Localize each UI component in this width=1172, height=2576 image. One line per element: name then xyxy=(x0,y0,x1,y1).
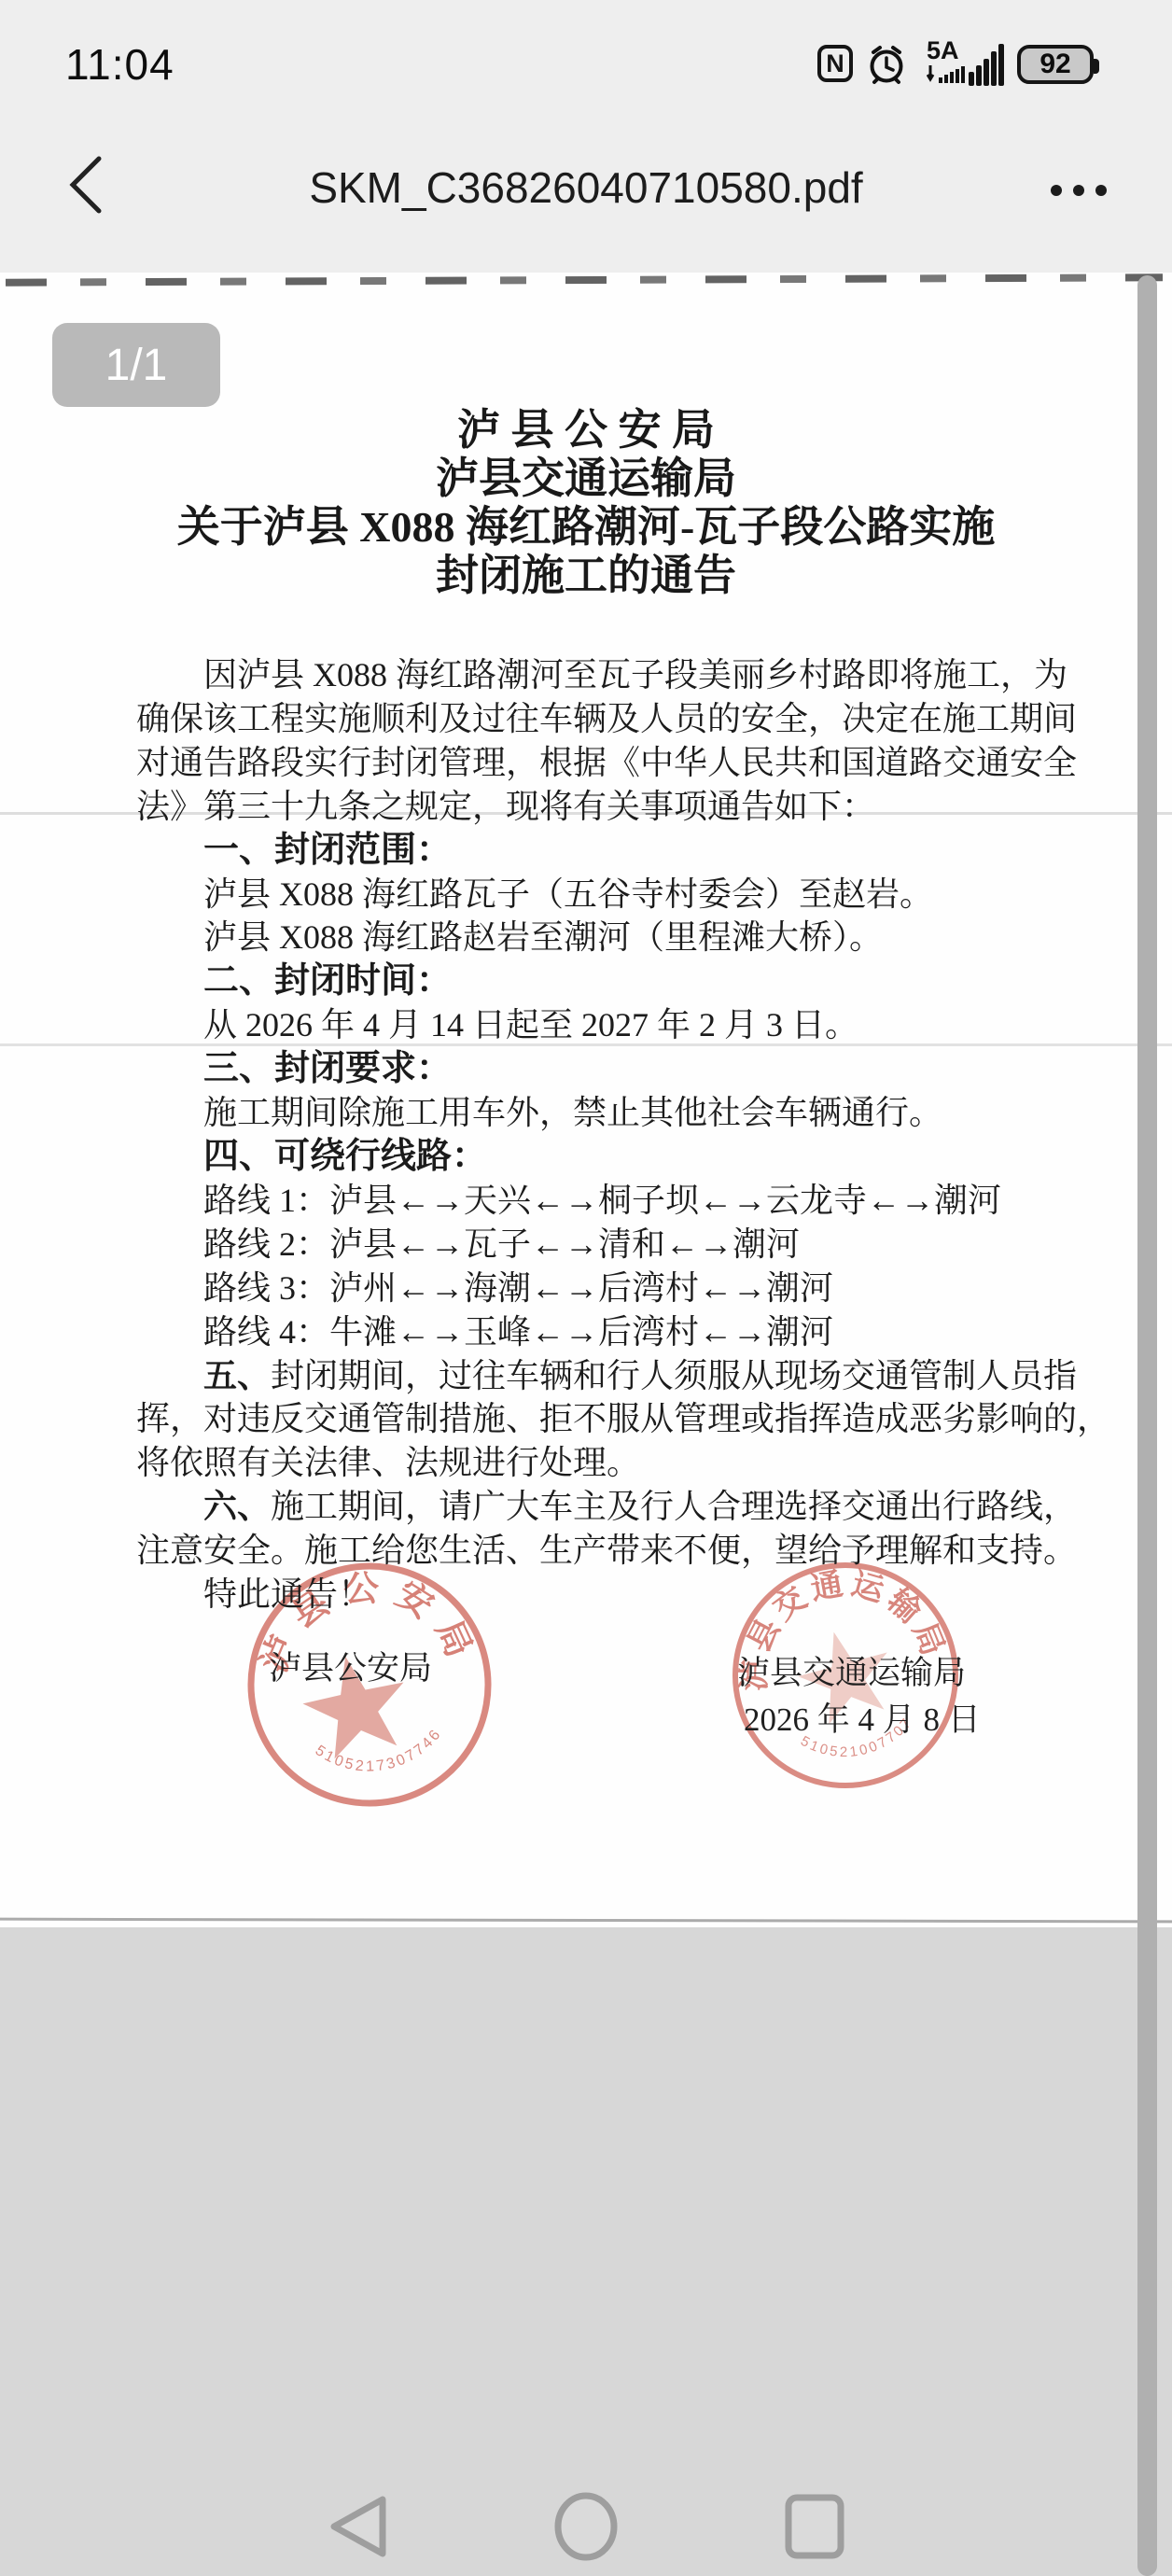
body-line: 路线 3：泸州←→海潮←→后湾村←→潮河 xyxy=(136,1267,1073,1310)
body-line: 将依照有关法律、法规进行处理。 xyxy=(136,1441,1073,1485)
clock-text: 11:04 xyxy=(65,39,174,90)
signature-date: 2026 年 4 月 8 日 xyxy=(744,1694,981,1741)
signature-left-agency: 泸县公安局 xyxy=(269,1643,432,1689)
body-line: 路线 2：泸县←→瓦子←→清和←→潮河 xyxy=(136,1223,1073,1267)
body-line: 六、施工期间，请广大车主及行人合理选择交通出行路线， xyxy=(136,1485,1073,1529)
body-line: 注意安全。施工给您生活、生产带来不便，望给予理解和支持。 xyxy=(136,1529,1073,1573)
doc-title-line: 封闭施工的通告 xyxy=(0,552,1172,600)
body-line: 从 2026 年 4 月 14 日起至 2027 年 2 月 3 日。 xyxy=(136,1003,1073,1047)
nfc-icon: N xyxy=(817,45,853,82)
body-line: 特此通告！ xyxy=(136,1573,1073,1617)
back-triangle-icon xyxy=(334,2499,383,2554)
network-type-badge: 5A xyxy=(927,37,970,63)
overflow-menu-button[interactable] xyxy=(1034,159,1127,215)
status-and-app-bar: 11:04 N 5A xyxy=(0,0,1172,273)
page-bottom-edge xyxy=(0,1918,1172,1924)
section-heading: 三、封闭要求： xyxy=(136,1047,1073,1091)
mini-signal-bars-icon xyxy=(927,63,970,84)
document-title-block: 泸 县 公 安 局 泸县交通运输局 关于泸县 X088 海红路潮河-瓦子段公路实… xyxy=(0,406,1172,600)
document-filename-title: SKM_C36826040710580.pdf xyxy=(0,162,1172,213)
body-line: 五、封闭期间，过往车辆和行人须服从现场交通管制人员指 xyxy=(136,1354,1073,1398)
document-body: 因泸县 X088 海红路潮河至瓦子段美丽乡村路即将施工，为 确保该工程实施顺利及… xyxy=(136,653,1073,1617)
section-heading: 一、封闭范围： xyxy=(136,829,1073,873)
body-line: 对通告路段实行封闭管理，根据《中华人民共和国道路交通安全 xyxy=(136,741,1073,785)
doc-title-line: 泸 县 公 安 局 xyxy=(0,406,1172,455)
body-line: 因泸县 X088 海红路潮河至瓦子段美丽乡村路即将施工，为 xyxy=(136,653,1073,697)
signal-bars-icon xyxy=(969,41,1006,86)
signature-right-agency: 泸县交通运输局 xyxy=(737,1647,966,1694)
body-line: 泸县 X088 海红路瓦子（五谷寺村委会）至赵岩。 xyxy=(136,873,1073,917)
nav-back-button[interactable] xyxy=(334,2499,383,2554)
page-indicator-badge: 1/1 xyxy=(52,323,220,407)
scrollbar-thumb[interactable] xyxy=(1137,275,1157,2576)
network-indicator: 5A xyxy=(927,37,970,89)
nav-home-button[interactable] xyxy=(558,2496,614,2557)
ellipsis-dot xyxy=(1095,185,1107,196)
body-line: 确保该工程实施顺利及过往车辆及人员的安全，决定在施工期间 xyxy=(136,697,1073,741)
pdf-page: 1/1 泸 县 公 安 局 泸县交通运输局 关于泸县 X088 海红路潮河-瓦子… xyxy=(0,273,1172,1927)
body-line: 施工期间除施工用车外，禁止其他社会车辆通行。 xyxy=(136,1091,1073,1135)
section-number: 五、 xyxy=(203,1356,271,1394)
section-heading: 四、可绕行线路： xyxy=(136,1135,1073,1179)
doc-title-line: 关于泸县 X088 海红路潮河-瓦子段公路实施 xyxy=(0,503,1172,552)
home-circle-icon xyxy=(558,2496,614,2557)
alarm-clock-icon xyxy=(864,41,909,86)
recents-square-icon xyxy=(788,2498,841,2555)
section-number: 六、 xyxy=(203,1487,271,1525)
battery-indicator: 92 xyxy=(1017,45,1094,84)
section-heading: 二、封闭时间： xyxy=(136,959,1073,1003)
phone-screen: 11:04 N 5A xyxy=(0,0,1172,2576)
body-line: 挥，对违反交通管制措施、拒不服从管理或指挥造成恶劣影响的， xyxy=(136,1397,1073,1441)
ellipsis-dot xyxy=(1051,185,1062,196)
ellipsis-dot xyxy=(1073,185,1084,196)
page-indicator-text: 1/1 xyxy=(105,340,168,391)
doc-title-line: 泸县交通运输局 xyxy=(0,455,1172,503)
navigation-bar xyxy=(0,2473,1172,2576)
body-line: 泸县 X088 海红路赵岩至潮河（里程滩大桥）。 xyxy=(136,916,1073,959)
nav-recents-button[interactable] xyxy=(788,2498,841,2555)
battery-percent-text: 92 xyxy=(1039,49,1070,80)
body-line: 法》第三十九条之规定，现将有关事项通告如下： xyxy=(136,785,1073,829)
scan-edge-artifact xyxy=(6,273,1163,286)
body-line: 路线 1：泸县←→天兴←→桐子坝←→云龙寺←→潮河 xyxy=(136,1179,1073,1223)
nfc-letter: N xyxy=(826,49,844,78)
body-line: 路线 4：牛滩←→玉峰←→后湾村←→潮河 xyxy=(136,1310,1073,1354)
